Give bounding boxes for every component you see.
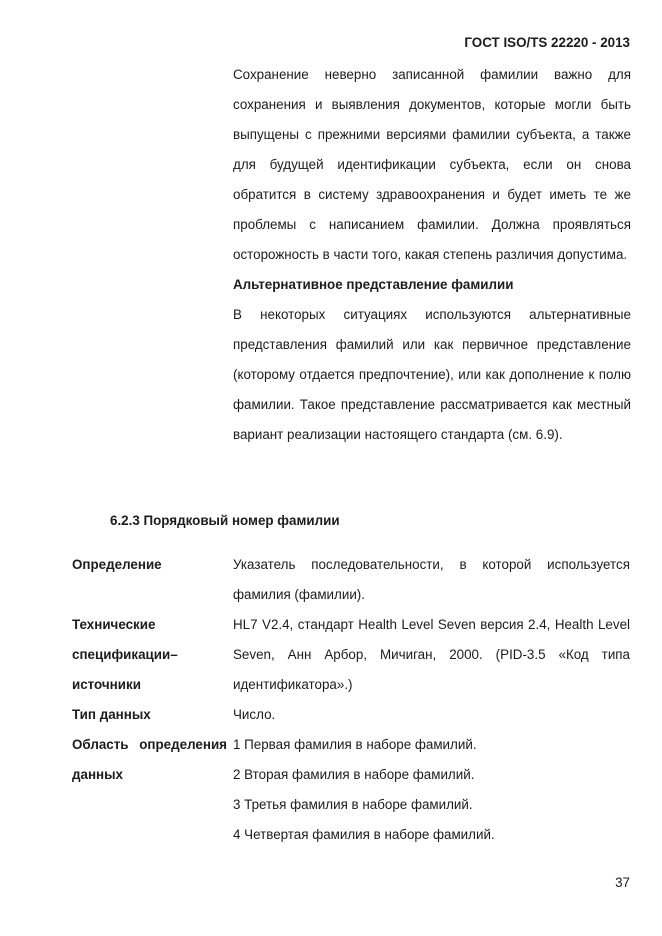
domain-value-line: 2 Вторая фамилия в наборе фамилий.	[233, 760, 630, 790]
domain-value-line: 4 Четвертая фамилия в наборе фамилий.	[233, 820, 630, 850]
definition-term: Технические спецификации–источники	[72, 610, 233, 700]
main-text-column: Сохранение неверно записанной фамилии ва…	[233, 60, 631, 450]
definition-row-data-domain: Область определения данных 1 Первая фами…	[72, 730, 630, 850]
definition-value: HL7 V2.4, стандарт Health Level Seven ве…	[233, 610, 630, 700]
page-number: 37	[615, 868, 630, 898]
paragraph-retention-of-name: Сохранение неверно записанной фамилии ва…	[233, 60, 631, 270]
subheading-alternative-name-representation: Альтернативное представление фамилии	[233, 270, 631, 300]
definition-row-data-type: Тип данных Число.	[72, 700, 630, 730]
definition-row-technical-specs: Технические спецификации–источники HL7 V…	[72, 610, 630, 700]
definition-list: Определение Указатель последовательности…	[72, 550, 630, 850]
document-header-title: ГОСТ ISO/TS 22220 - 2013	[233, 35, 630, 51]
paragraph-alternative-representation: В некоторых ситуациях используются альте…	[233, 300, 631, 450]
definition-value: Указатель последовательности, в которой …	[233, 550, 630, 610]
definition-value: Число.	[233, 700, 630, 730]
domain-value-line: 3 Третья фамилия в наборе фамилий.	[233, 790, 630, 820]
definition-term: Определение	[72, 550, 233, 580]
section-heading-6-2-3: 6.2.3 Порядковый номер фамилии	[110, 506, 340, 536]
document-page: ГОСТ ISO/TS 22220 - 2013 Сохранение неве…	[0, 0, 662, 936]
definition-term: Тип данных	[72, 700, 233, 730]
definition-value-list: 1 Первая фамилия в наборе фамилий. 2 Вто…	[233, 730, 630, 850]
definition-row-definition: Определение Указатель последовательности…	[72, 550, 630, 610]
domain-value-line: 1 Первая фамилия в наборе фамилий.	[233, 730, 630, 760]
definition-term: Область определения данных	[72, 730, 233, 790]
